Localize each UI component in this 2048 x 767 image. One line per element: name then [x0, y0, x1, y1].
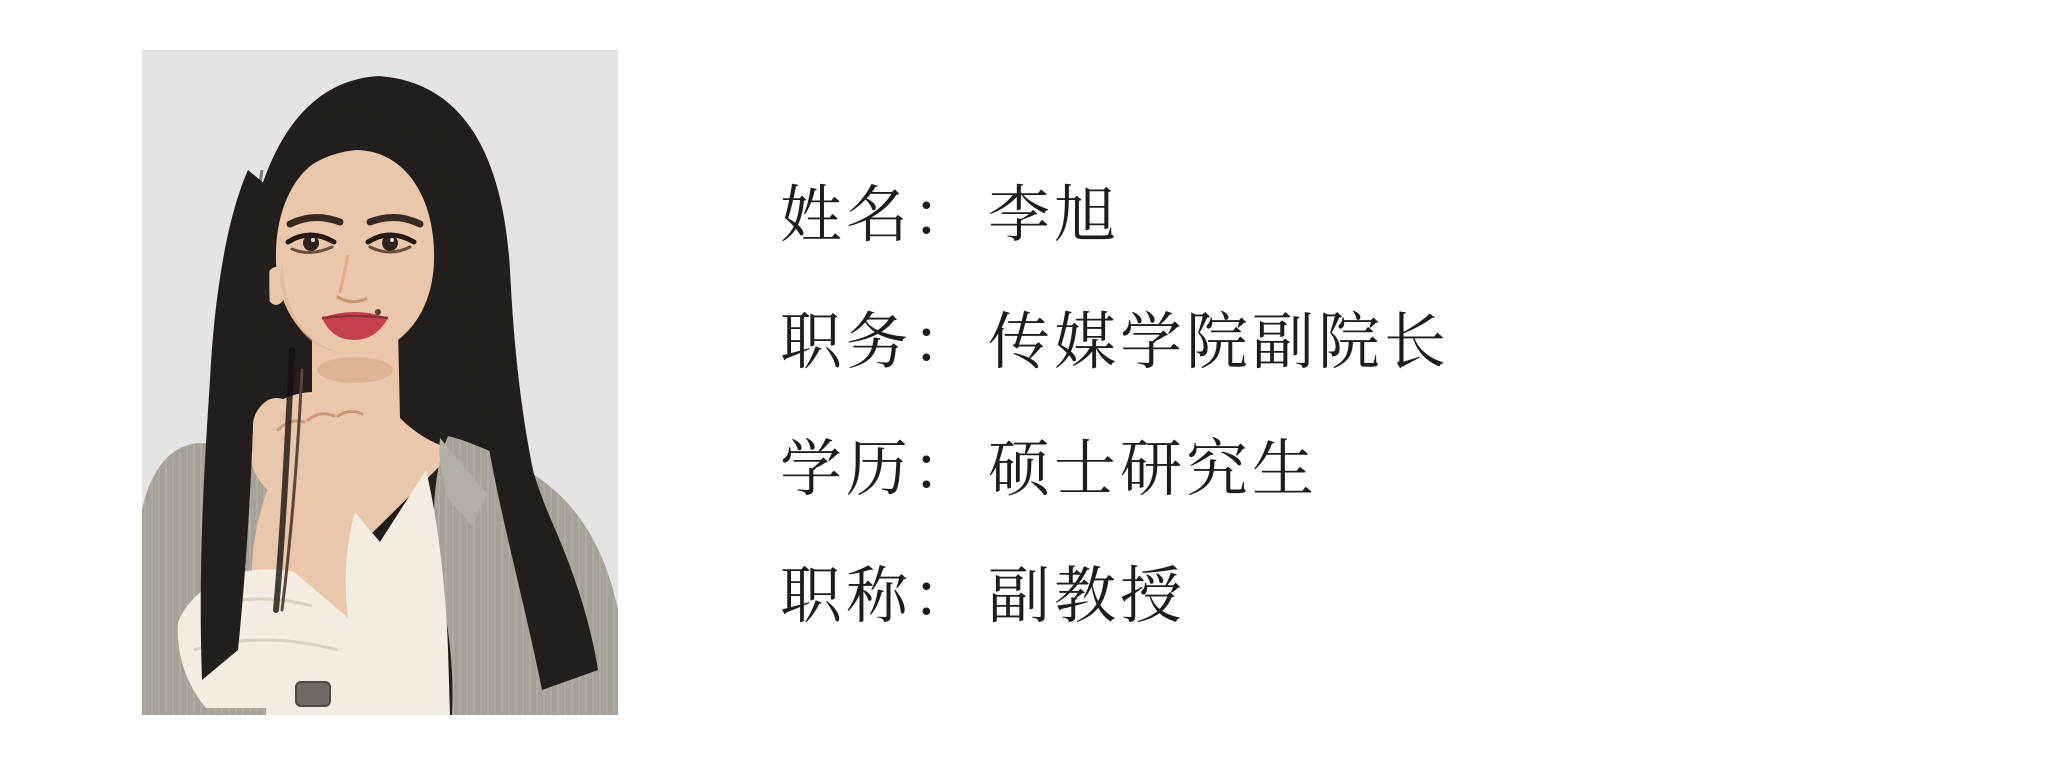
portrait-photo	[142, 50, 618, 715]
field-separator: ：	[912, 436, 978, 504]
profile-info: 姓名：李旭 职务：传媒学院副院长 学历：硕士研究生 职称：副教授	[780, 185, 1450, 628]
field-value: 硕士研究生	[988, 436, 1318, 504]
profile-field-title: 职称：副教授	[780, 566, 1450, 628]
field-value: 李旭	[988, 182, 1120, 250]
portrait-svg	[142, 50, 618, 715]
field-separator: ：	[912, 563, 978, 631]
chin-shadow	[317, 357, 393, 383]
field-value: 传媒学院副院长	[988, 309, 1450, 377]
field-label: 职务	[780, 309, 912, 377]
profile-section: 姓名：李旭 职务：传媒学院副院长 学历：硕士研究生 职称：副教授	[0, 0, 2048, 767]
profile-field-name: 姓名：李旭	[780, 185, 1450, 247]
field-separator: ：	[912, 309, 978, 377]
profile-field-education: 学历：硕士研究生	[780, 439, 1450, 501]
field-label: 职称	[780, 563, 912, 631]
belt-buckle-shape	[296, 682, 330, 706]
field-separator: ：	[912, 182, 978, 250]
field-value: 副教授	[988, 563, 1186, 631]
field-label: 学历	[780, 436, 912, 504]
profile-field-position: 职务：传媒学院副院长	[780, 312, 1450, 374]
field-label: 姓名	[780, 182, 912, 250]
mole-dot	[375, 309, 381, 315]
